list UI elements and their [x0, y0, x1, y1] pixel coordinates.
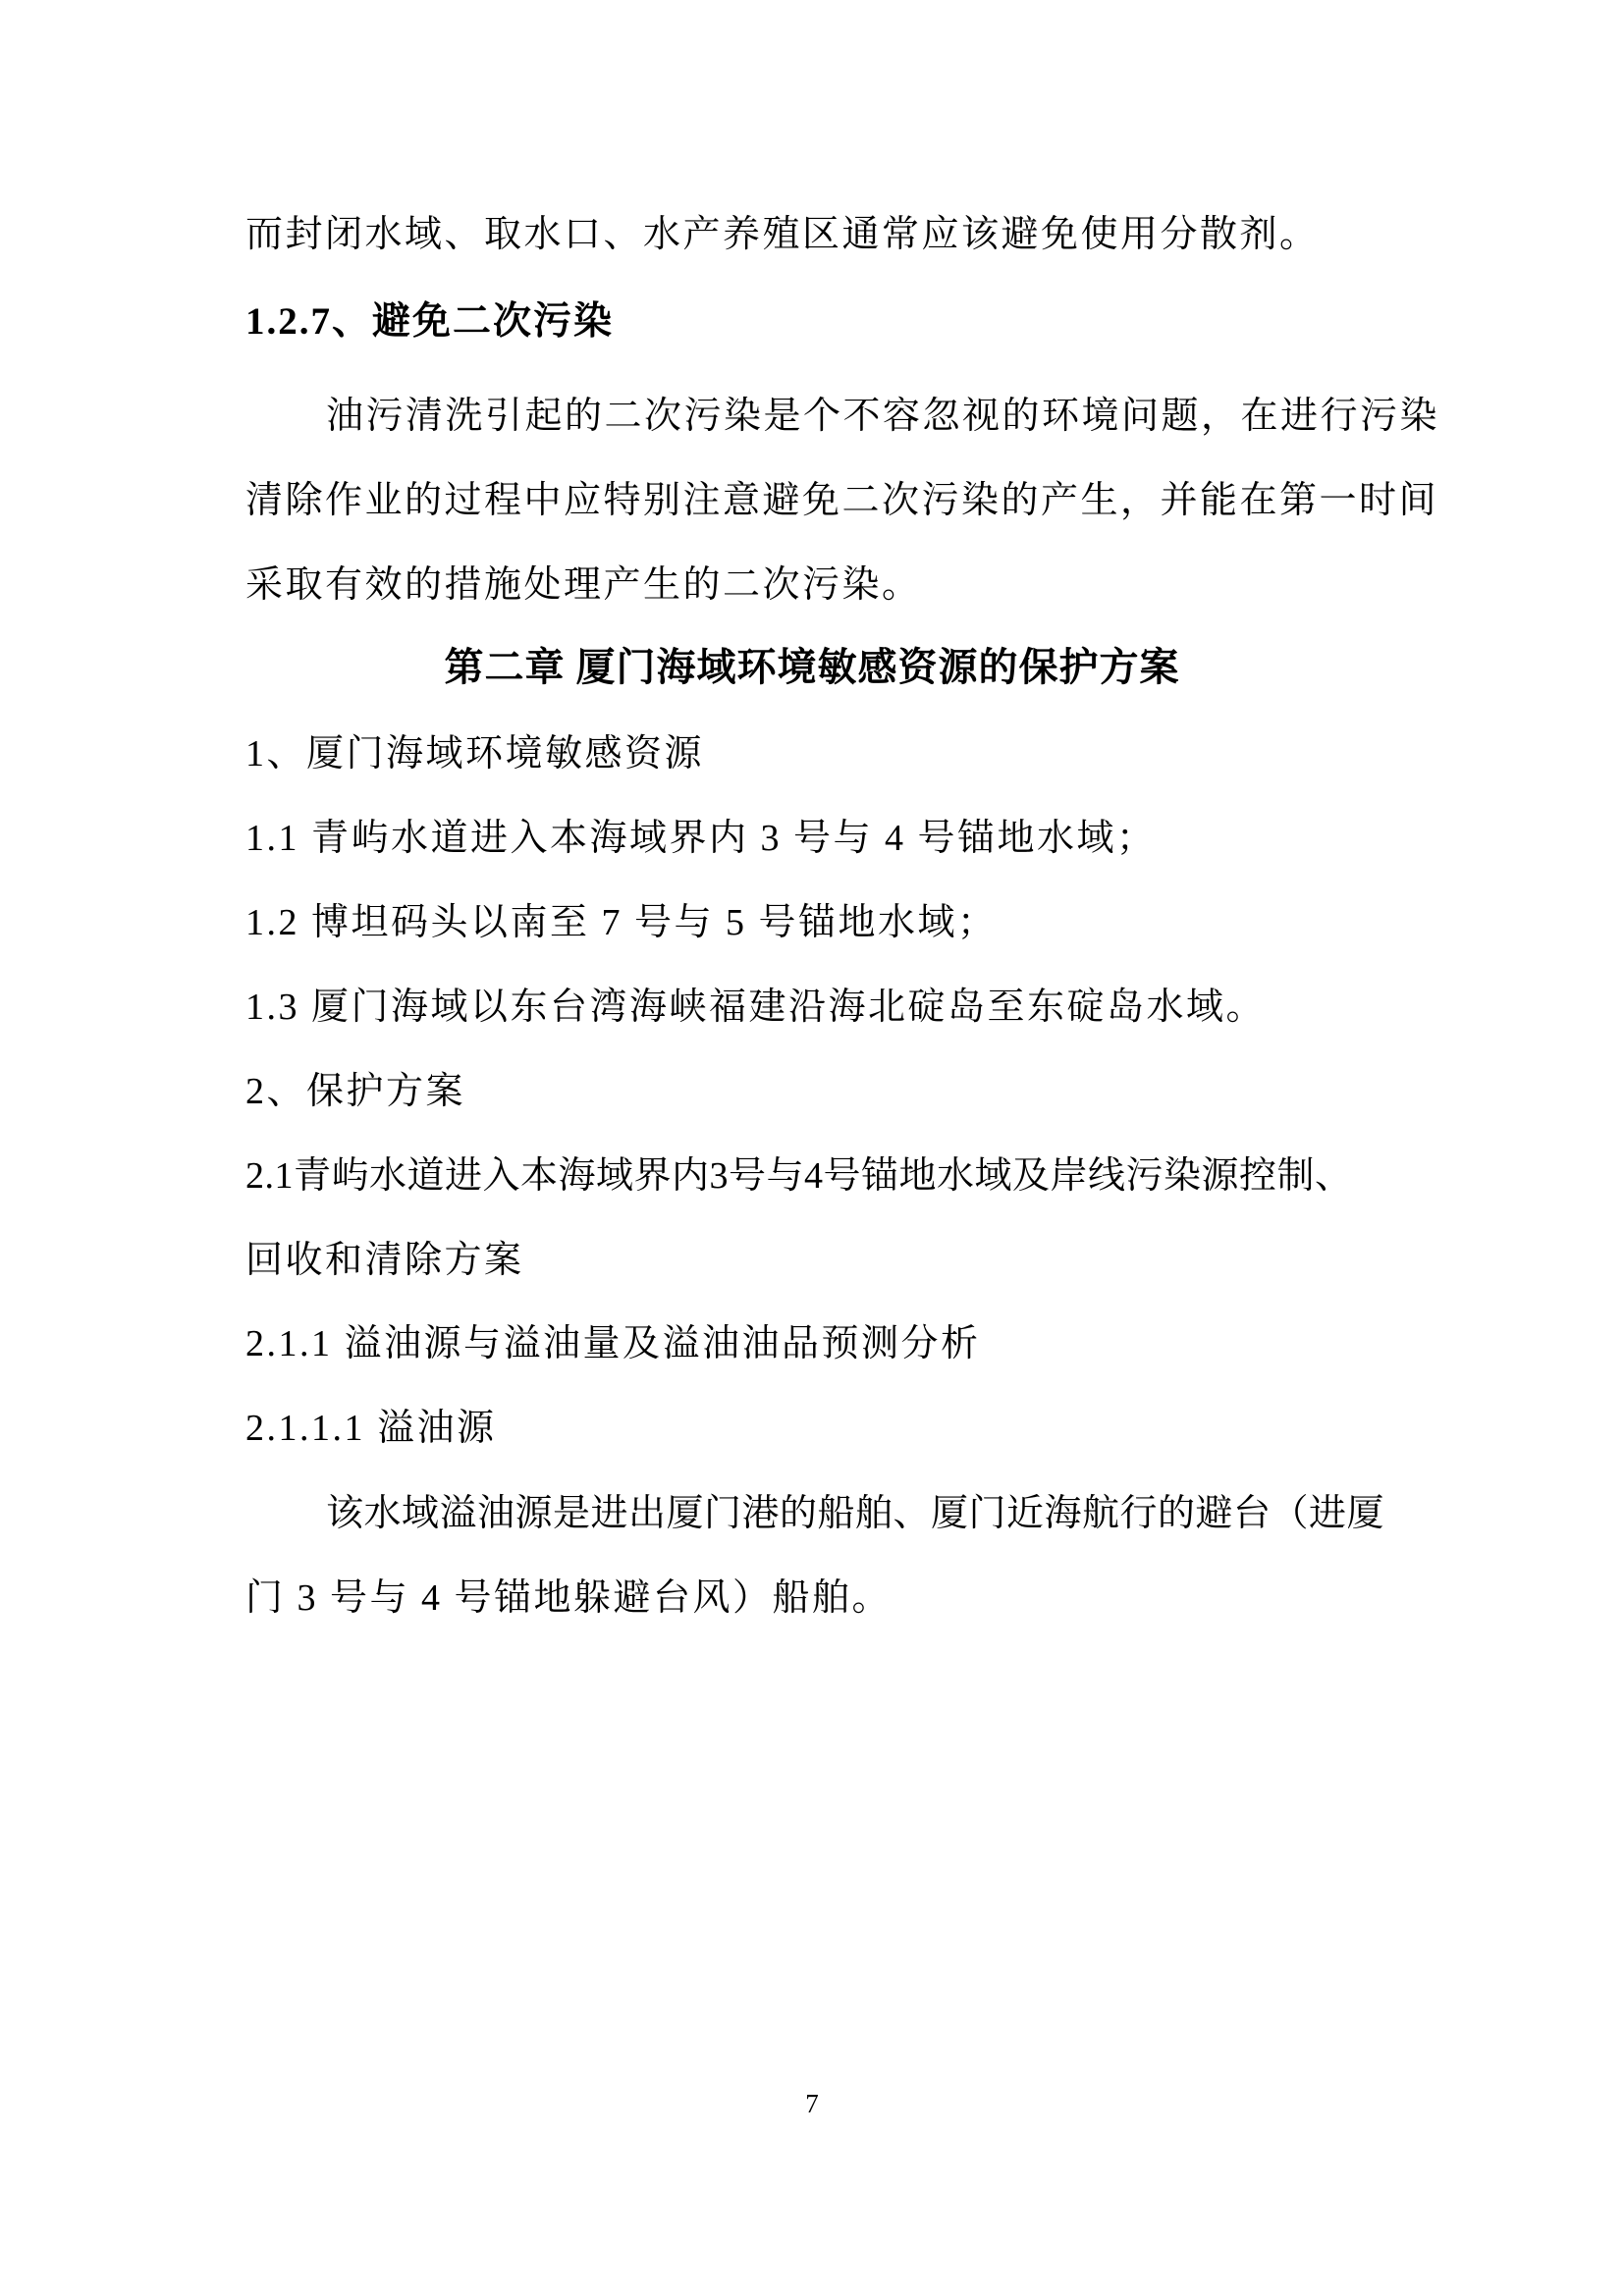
paragraph-first-line: 油污清洗引起的二次污染是个不容忽视的环境问题，在进行污染	[326, 396, 1439, 439]
doc-line: 2、保护方案	[245, 1071, 465, 1114]
doc-line: 1.1 青屿水道进入本海域界内 3 号与 4 号锚地水域；	[245, 818, 1157, 861]
doc-line: 而封闭水域、取水口、水产养殖区通常应该避免使用分散剂。	[245, 214, 1320, 257]
section-heading-1-2-7: 1.2.7、避免二次污染	[245, 300, 614, 345]
doc-line: 清除作业的过程中应特别注意避免二次污染的产生，并能在第一时间	[245, 480, 1438, 523]
doc-line: 门 3 号与 4 号锚地躲避台风）船舶。	[245, 1577, 892, 1621]
doc-line: 采取有效的措施处理产生的二次污染。	[245, 564, 922, 608]
doc-line: 1、厦门海域环境敏感资源	[245, 733, 704, 776]
document-page: 而封闭水域、取水口、水产养殖区通常应该避免使用分散剂。 1.2.7、避免二次污染…	[0, 0, 1624, 2296]
doc-line: 2.1.1.1 溢油源	[245, 1408, 497, 1451]
page-number: 7	[0, 2089, 1624, 2119]
paragraph-first-line: 该水域溢油源是进出厦门港的船舶、厦门近海航行的避台（进厦	[326, 1493, 1384, 1536]
doc-line: 1.3 厦门海域以东台湾海峡福建沿海北碇岛至东碇岛水域。	[245, 987, 1266, 1030]
chapter-heading: 第二章 厦门海域环境敏感资源的保护方案	[0, 645, 1624, 690]
doc-line: 回收和清除方案	[245, 1240, 524, 1283]
doc-line: 2.1.1 溢油源与溢油量及溢油油品预测分析	[245, 1323, 981, 1366]
doc-line: 1.2 博坦码头以南至 7 号与 5 号锚地水域；	[245, 902, 998, 945]
doc-line: 2.1青屿水道进入本海域界内3号与4号锚地水域及岸线污染源控制、	[245, 1155, 1353, 1199]
